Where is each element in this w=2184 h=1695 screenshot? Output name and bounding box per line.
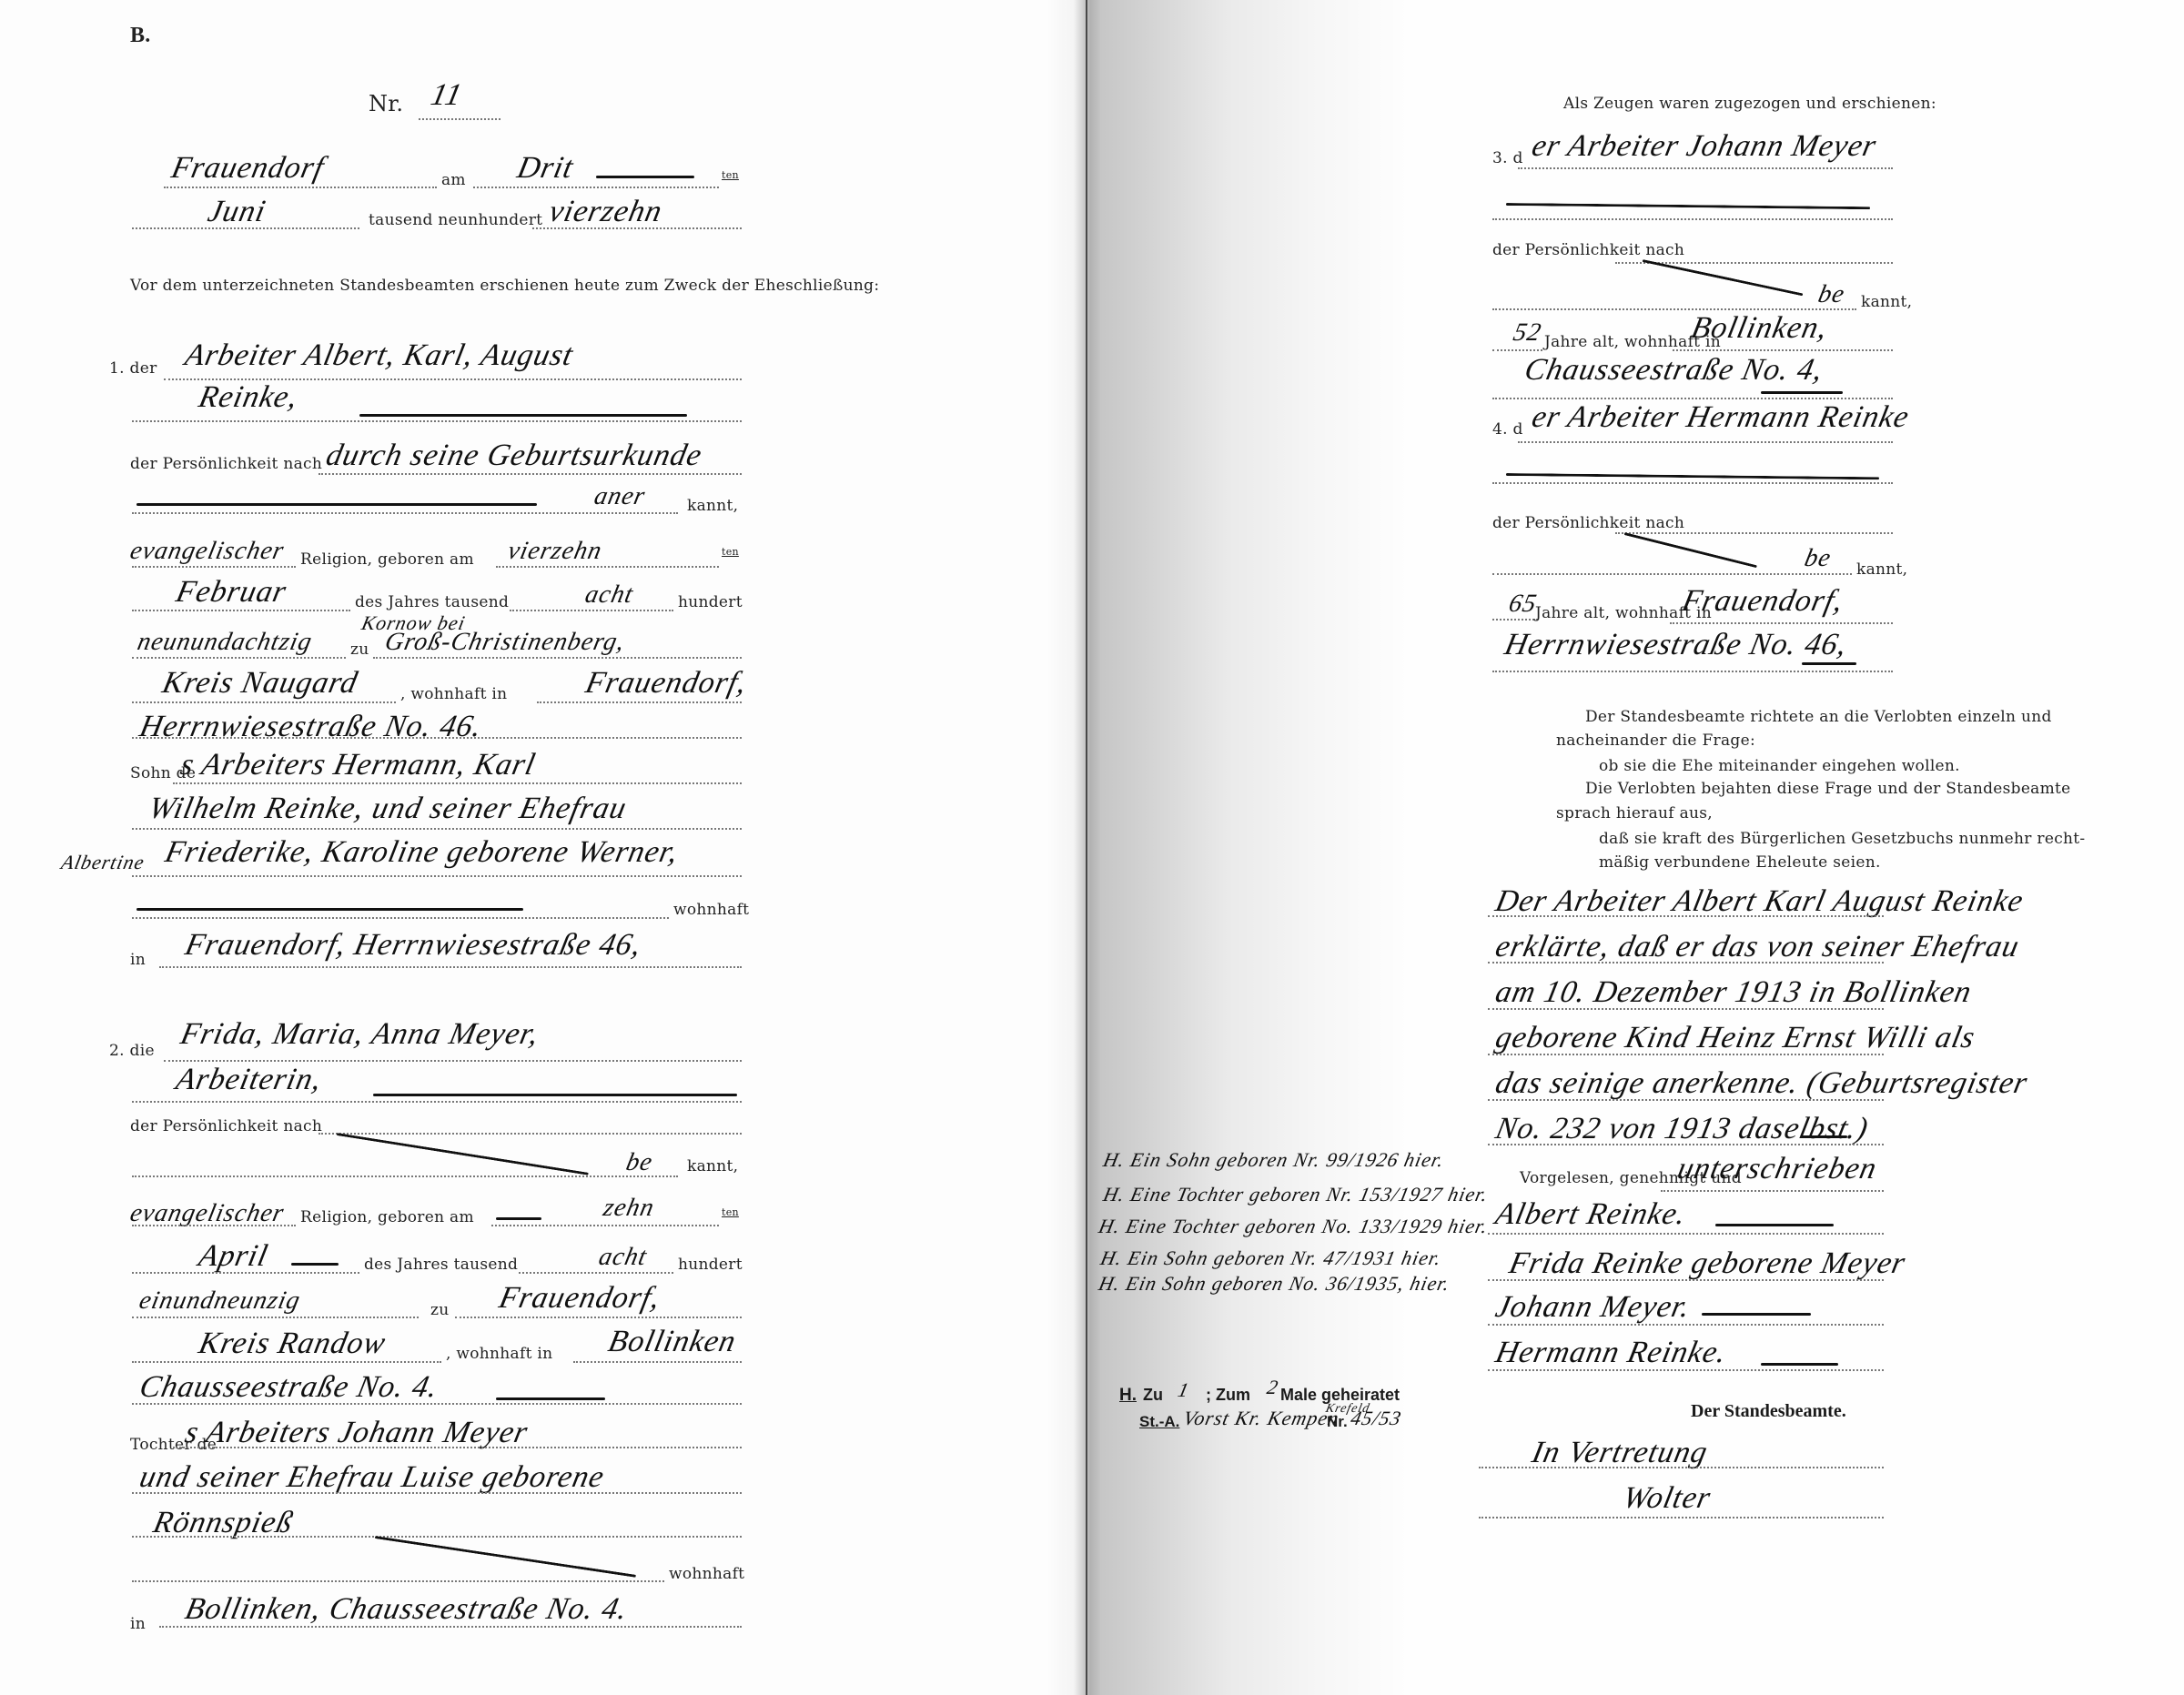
fill-line bbox=[1615, 532, 1893, 534]
fill-line bbox=[573, 1361, 742, 1363]
declaration-line: am 10. Dezember 1913 in Bollinken bbox=[1492, 975, 1975, 1010]
pen-stroke-filler bbox=[136, 908, 523, 911]
fill-line bbox=[1492, 349, 1542, 351]
witness-4-prefix: 4. d bbox=[1492, 420, 1523, 439]
pen-stroke-filler bbox=[1802, 1135, 1847, 1138]
signature-groom: Albert Reinke. bbox=[1492, 1197, 1690, 1232]
fill-line bbox=[1479, 1517, 1884, 1518]
fill-line bbox=[132, 1225, 296, 1226]
place-value: Frauendorf bbox=[168, 151, 328, 186]
fill-line bbox=[132, 1317, 419, 1318]
fill-line bbox=[1488, 1099, 1884, 1101]
fill-line bbox=[1661, 1190, 1884, 1192]
groom-birth-century: acht bbox=[582, 580, 636, 610]
declaration-line: geborene Kind Heinz Ernst Willi als bbox=[1492, 1021, 1978, 1055]
stamp-sta-label: St.-A. bbox=[1139, 1413, 1179, 1431]
bride-name-line2: Arbeiterin, bbox=[173, 1063, 325, 1097]
ceremony-line: sprach hierauf aus, bbox=[1556, 804, 1713, 822]
bride-birthplace-line2: Kreis Randow bbox=[196, 1327, 389, 1361]
residence-label: , wohnhaft in bbox=[400, 685, 507, 703]
ceremony-line: Der Standesbeamte richtete an die Verlob… bbox=[1585, 708, 2052, 726]
fill-line bbox=[132, 1175, 678, 1177]
zu-label: zu bbox=[430, 1301, 450, 1319]
witness-4-name: er Arbeiter Hermann Reinke bbox=[1529, 400, 1913, 435]
ten-suffix: ten bbox=[722, 546, 739, 558]
parents-residence-label: wohnhaft bbox=[669, 1565, 744, 1583]
stamp-zu-label: Zu bbox=[1143, 1386, 1163, 1405]
fill-line bbox=[1492, 308, 1856, 310]
birth-note: H. Ein Sohn geboren Nr. 99/1926 hier. bbox=[1101, 1148, 1447, 1172]
fill-line bbox=[473, 187, 719, 188]
fill-line bbox=[496, 566, 719, 568]
fill-line bbox=[1488, 1054, 1884, 1055]
birth-note: H. Ein Sohn geboren No. 36/1935, hier. bbox=[1097, 1272, 1452, 1296]
fill-line bbox=[159, 1626, 742, 1628]
fill-line bbox=[1488, 1144, 1884, 1145]
fill-line bbox=[1492, 218, 1893, 220]
bride-prefix: 2. die bbox=[109, 1042, 155, 1060]
groom-birth-month: Februar bbox=[173, 575, 289, 610]
record-number-label: Nr. bbox=[369, 91, 403, 116]
fill-line bbox=[1518, 167, 1893, 169]
pen-stroke-filler bbox=[373, 1094, 737, 1096]
pen-stroke-filler bbox=[136, 503, 537, 506]
groom-identity-label: der Persönlichkeit nach bbox=[130, 455, 322, 473]
groom-parents-line1: s Arbeiters Hermann, Karl bbox=[177, 748, 539, 782]
witness-4-residence: Frauendorf, bbox=[1679, 584, 1846, 619]
bride-identity-label: der Persönlichkeit nach bbox=[130, 1117, 322, 1135]
groom-birth-year-rest: neunundachtzig bbox=[135, 628, 315, 657]
groom-birthplace: Groß-Christinenberg, bbox=[382, 628, 628, 657]
fill-line bbox=[132, 610, 350, 611]
groom-residence-line2: Herrnwiesestraße No. 46. bbox=[136, 710, 485, 744]
declaration-line: No. 232 von 1913 daselbst.) bbox=[1492, 1112, 1872, 1146]
signature-witness-3: Johann Meyer. bbox=[1492, 1290, 1694, 1325]
fill-line bbox=[132, 1492, 742, 1494]
ten-suffix: ten bbox=[722, 1206, 739, 1218]
pen-stroke-filler bbox=[1802, 662, 1856, 665]
fill-line bbox=[132, 701, 396, 703]
fill-line bbox=[455, 1317, 742, 1318]
bride-residence-line2: Chausseestraße No. 4. bbox=[136, 1370, 441, 1405]
ceremony-line: nacheinander die Frage: bbox=[1556, 731, 1755, 750]
month-value: Juni bbox=[205, 195, 269, 229]
page-fold-line bbox=[1086, 0, 1087, 1695]
pen-stroke-filler bbox=[496, 1217, 541, 1220]
pen-stroke-filler bbox=[291, 1263, 339, 1266]
registrar-signature-line2: Wolter bbox=[1620, 1481, 1714, 1516]
birth-note: H. Ein Sohn geboren Nr. 47/1931 hier. bbox=[1098, 1246, 1444, 1270]
fill-line bbox=[1488, 1369, 1884, 1371]
groom-name-line2: Reinke, bbox=[196, 380, 301, 415]
fill-line bbox=[132, 1536, 742, 1538]
signature-witness-4: Hermann Reinke. bbox=[1492, 1336, 1730, 1370]
in-label: in bbox=[130, 951, 146, 969]
fill-line bbox=[132, 657, 346, 659]
fill-line bbox=[419, 118, 500, 120]
pen-stroke-filler bbox=[1761, 391, 1843, 394]
bride-residence: Bollinken bbox=[605, 1325, 739, 1359]
groom-parents-line3: Friederike, Karoline geborene Werner, bbox=[162, 835, 682, 870]
year-label: des Jahres tausend bbox=[355, 593, 509, 611]
fill-line bbox=[1492, 671, 1893, 672]
parents-residence-label: wohnhaft bbox=[673, 901, 749, 919]
declaration-line: Der Arbeiter Albert Karl August Reinke bbox=[1492, 884, 2027, 919]
pen-stroke-filler bbox=[359, 414, 687, 417]
fill-line bbox=[132, 566, 296, 568]
am-label: am bbox=[441, 171, 466, 189]
witness-3-identity-label: der Persönlichkeit nach bbox=[1492, 241, 1684, 259]
groom-birth-day: vierzehn bbox=[505, 537, 605, 566]
fill-line bbox=[1673, 349, 1893, 351]
witness-3-residence: Bollinken, bbox=[1688, 311, 1831, 346]
day-value: Drit bbox=[514, 151, 577, 186]
read-value: unterschrieben bbox=[1674, 1152, 1880, 1186]
fill-line bbox=[318, 1133, 742, 1135]
bride-birth-day: zehn bbox=[601, 1194, 657, 1223]
fill-line bbox=[173, 782, 742, 784]
witness-3-known-label: kannt, bbox=[1861, 293, 1912, 311]
hundred-label: hundert bbox=[678, 1256, 743, 1274]
fill-line bbox=[164, 1060, 742, 1062]
fill-line bbox=[132, 917, 669, 919]
groom-identity-value: durch seine Geburtsurkunde bbox=[323, 439, 705, 473]
fill-line bbox=[132, 1272, 359, 1274]
stamp-nr-label: Nr. bbox=[1327, 1413, 1348, 1431]
pen-stroke-filler bbox=[1761, 1363, 1838, 1366]
birth-note: H. Eine Tochter geboren No. 133/1929 hie… bbox=[1097, 1215, 1491, 1238]
bride-birthplace: Frauendorf, bbox=[496, 1281, 663, 1316]
groom-religion-value: evangelischer bbox=[127, 537, 287, 566]
fill-line bbox=[1488, 1279, 1884, 1281]
pen-stroke-filler bbox=[1715, 1224, 1834, 1226]
fill-line bbox=[132, 828, 742, 830]
bride-parents-line1: s Arbeiters Johann Meyer bbox=[182, 1416, 531, 1450]
fill-line bbox=[1492, 573, 1852, 575]
bride-parents-line2: und seiner Ehefrau Luise geborene bbox=[136, 1460, 608, 1495]
fill-line bbox=[132, 420, 742, 422]
declaration-line: erklärte, daß er das von seiner Ehefrau bbox=[1492, 930, 2022, 964]
ceremony-line: mäßig verbundene Eheleute seien. bbox=[1599, 853, 1881, 872]
fill-line bbox=[1488, 962, 1884, 964]
residence-label: , wohnhaft in bbox=[446, 1345, 552, 1363]
fill-line bbox=[132, 737, 742, 739]
year-label: tausend neunhundert bbox=[369, 211, 542, 229]
witness-4-known-label: kannt, bbox=[1856, 560, 1907, 579]
registrar-label: Der Standesbeamte. bbox=[1691, 1401, 1846, 1422]
pen-stroke-filler bbox=[596, 176, 694, 178]
fill-line bbox=[1488, 1233, 1884, 1235]
fill-line bbox=[132, 875, 742, 877]
fill-line bbox=[159, 966, 742, 968]
signature-bride: Frida Reinke geborene Meyer bbox=[1506, 1246, 1909, 1281]
pen-stroke-filler bbox=[496, 1397, 605, 1400]
ceremony-line: Die Verlobten bejahten diese Frage und d… bbox=[1585, 780, 2071, 798]
year-value: vierzehn bbox=[546, 195, 665, 229]
fill-line bbox=[1488, 915, 1884, 917]
witnesses-heading: Als Zeugen waren zugezogen und erschiene… bbox=[1563, 95, 1936, 113]
fill-line bbox=[1488, 1008, 1884, 1010]
fill-line bbox=[132, 512, 678, 514]
stamp-zum-label: ; Zum bbox=[1206, 1386, 1250, 1405]
fill-line bbox=[510, 610, 673, 611]
fill-line bbox=[1488, 1324, 1884, 1326]
fill-line bbox=[1670, 622, 1893, 624]
groom-name-line1: Arbeiter Albert, Karl, August bbox=[182, 338, 576, 373]
intro-text: Vor dem unterzeichneten Standesbeamten e… bbox=[130, 277, 879, 295]
fill-line bbox=[132, 1580, 664, 1582]
stamp-nr-value: 45/53 bbox=[1349, 1407, 1404, 1430]
ten-suffix: ten bbox=[722, 169, 739, 181]
witness-3-prefix: 3. d bbox=[1492, 149, 1523, 167]
bride-birth-year-rest: einundneunzig bbox=[136, 1286, 303, 1316]
in-label: in bbox=[130, 1615, 146, 1633]
fill-line bbox=[373, 657, 742, 659]
fill-line bbox=[1479, 1467, 1884, 1468]
witness-4-identity-label: der Persönlichkeit nach bbox=[1492, 514, 1684, 532]
fill-line bbox=[1518, 441, 1893, 443]
fill-line bbox=[132, 1101, 742, 1103]
form-letter: B. bbox=[130, 24, 151, 48]
groom-parents-line2: Wilhelm Reinke, und seiner Ehefrau bbox=[146, 792, 630, 826]
groom-residence: Frauendorf, bbox=[582, 666, 750, 701]
witness-3-residence-line2: Chausseestraße No. 4, bbox=[1522, 353, 1826, 388]
hundred-label: hundert bbox=[678, 593, 743, 611]
witness-4-residence-line2: Herrnwiesestraße No. 46, bbox=[1501, 628, 1850, 662]
fill-line bbox=[132, 1403, 742, 1405]
fill-line bbox=[164, 187, 437, 188]
fill-line bbox=[132, 1361, 441, 1363]
groom-religion-label: Religion, geboren am bbox=[300, 550, 474, 569]
bride-religion-label: Religion, geboren am bbox=[300, 1208, 474, 1226]
witness-3-name: er Arbeiter Johann Meyer bbox=[1529, 129, 1880, 164]
zu-label: zu bbox=[350, 641, 369, 659]
groom-known-label: kannt, bbox=[687, 497, 738, 515]
fill-line bbox=[532, 227, 742, 229]
groom-prefix: 1. der bbox=[109, 359, 157, 378]
birth-note: H. Eine Tochter geboren Nr. 153/1927 hie… bbox=[1101, 1183, 1491, 1206]
fill-line bbox=[519, 1272, 673, 1274]
bride-parents-residence: Bollinken, Chausseestraße No. 4. bbox=[182, 1592, 631, 1627]
fill-line bbox=[491, 1225, 719, 1226]
groom-parents-margin: Albertine bbox=[59, 851, 147, 874]
groom-known-value: aner bbox=[591, 482, 648, 511]
bride-birth-century: acht bbox=[596, 1243, 650, 1272]
fill-line bbox=[537, 701, 742, 703]
pen-stroke-filler bbox=[1702, 1313, 1811, 1316]
bride-known-label: kannt, bbox=[687, 1157, 738, 1175]
declaration-line: das seinige anerkenne. (Geburtsregister bbox=[1492, 1066, 2031, 1101]
ceremony-line: daß sie kraft des Bürgerlichen Gesetzbuc… bbox=[1599, 830, 2085, 848]
fill-line bbox=[318, 473, 742, 475]
ceremony-line: ob sie die Ehe miteinander eingehen woll… bbox=[1599, 757, 1960, 775]
year-label: des Jahres tausend bbox=[364, 1256, 518, 1274]
bride-name-line1: Frida, Maria, Anna Meyer, bbox=[177, 1017, 542, 1052]
stamp-h-label: H. bbox=[1119, 1386, 1137, 1406]
groom-parents-residence: Frauendorf, Herrnwiesestraße 46, bbox=[182, 928, 644, 963]
registrar-signature-line1: In Vertretung bbox=[1529, 1436, 1711, 1470]
fill-line bbox=[1492, 398, 1893, 399]
stamp-sta-value: Vorst Kr. Kempen bbox=[1181, 1407, 1341, 1430]
fill-line bbox=[1492, 619, 1538, 620]
groom-birthplace-line2: Kreis Naugard bbox=[159, 666, 361, 701]
fill-line bbox=[132, 227, 359, 229]
fill-line bbox=[173, 1447, 742, 1448]
fill-line bbox=[1492, 482, 1893, 484]
bride-birth-month: April bbox=[196, 1239, 271, 1274]
